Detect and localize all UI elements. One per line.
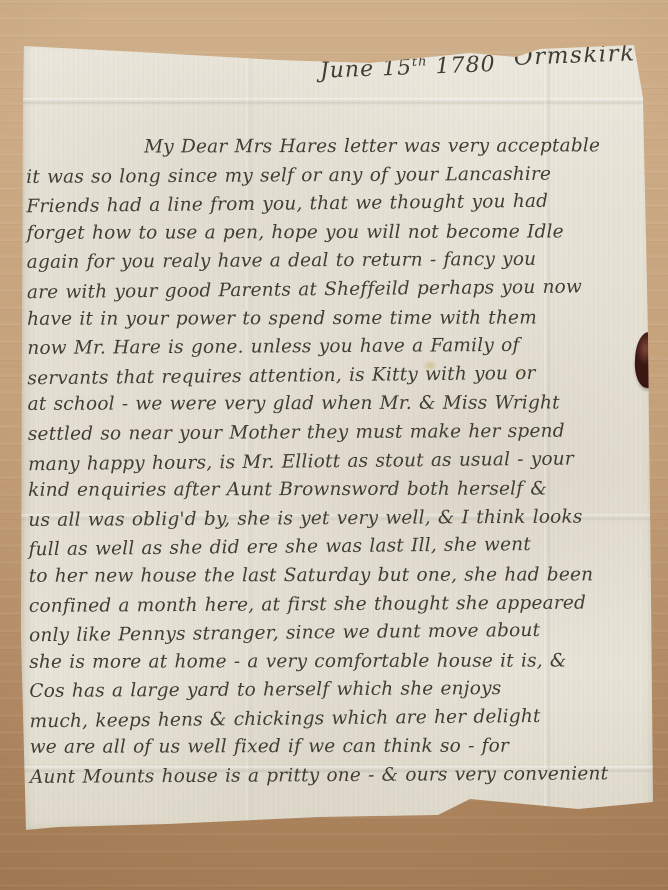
letter-line: servants that requires attention, is Kit… bbox=[27, 358, 651, 393]
letter-line: she is more at home - a very comfortable… bbox=[29, 647, 653, 677]
letter-line: full as well as she did ere she was last… bbox=[28, 530, 652, 565]
letter-line: are with your good Parents at Sheffeild … bbox=[27, 273, 651, 308]
letter-line: forget how to use a pen, hope you will n… bbox=[27, 218, 651, 248]
letter-place: Ormskirk bbox=[513, 40, 636, 71]
letter-date-year: 1780 bbox=[435, 52, 496, 79]
letter-date-ordinal: th bbox=[412, 54, 428, 70]
letter-sheet: June 15th 1780 Ormskirk My Dear Mrs Hare… bbox=[18, 36, 656, 834]
letter-body: My Dear Mrs Hares letter was very accept… bbox=[26, 131, 654, 792]
letter-line: Aunt Mounts house is a pritty one - & ou… bbox=[30, 760, 654, 792]
letter-date-monthday: June 15 bbox=[319, 55, 412, 84]
letter-line: to her new house the last Saturday but o… bbox=[29, 561, 653, 591]
letter-date: June 15th 1780 bbox=[319, 52, 496, 84]
letter-line: Friends had a line from you, that we tho… bbox=[26, 187, 650, 222]
letter-line: we are all of us well fixed if we can th… bbox=[30, 733, 654, 763]
desk-photo: June 15th 1780 Ormskirk My Dear Mrs Hare… bbox=[0, 0, 668, 890]
letter-line: many happy hours, is Mr. Elliott as stou… bbox=[28, 444, 652, 479]
letter-line: at school - we were very glad when Mr. &… bbox=[28, 390, 652, 420]
letter-line: settled so near your Mother they must ma… bbox=[28, 417, 652, 449]
letter-line: only like Pennys stranger, since we dunt… bbox=[29, 616, 653, 651]
letter-line: My Dear Mrs Hares letter was very accept… bbox=[26, 132, 650, 162]
letter-line: kind enquiries after Aunt Brownsword bot… bbox=[28, 475, 652, 505]
letter-line: have it in your power to spend some time… bbox=[27, 304, 651, 334]
